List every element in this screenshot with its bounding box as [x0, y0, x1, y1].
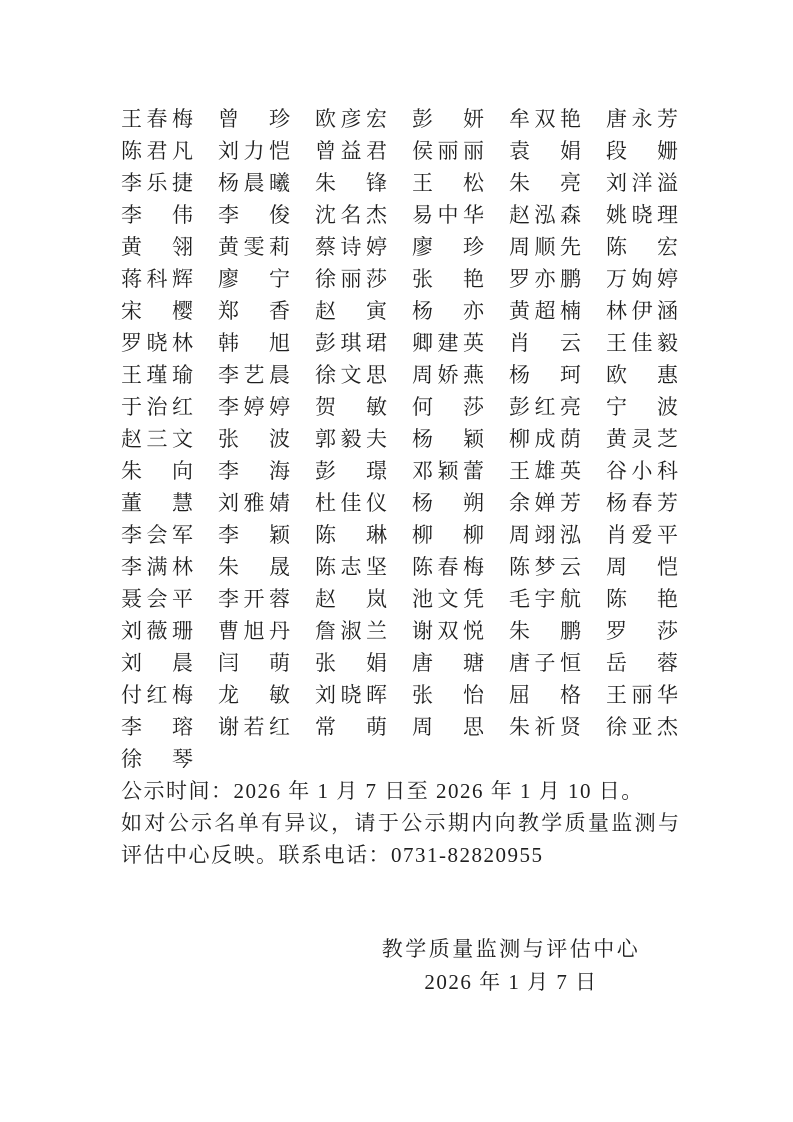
person-name: 朱晟 — [218, 551, 290, 583]
person-name: 易中华 — [412, 199, 484, 231]
person-name: 周顺先 — [509, 231, 581, 263]
person-name: 谢双悦 — [412, 615, 484, 647]
person-name: 郭毅夫 — [315, 423, 387, 455]
person-name: 李会军 — [121, 519, 193, 551]
person-name: 王瑾瑜 — [121, 359, 193, 391]
person-name: 杨春芳 — [606, 487, 678, 519]
person-name: 徐丽莎 — [315, 263, 387, 295]
notice-objection-line: 如对公示名单有异议，请于公示期内向教学质量监测与 — [121, 807, 679, 839]
person-name: 段姗 — [606, 135, 678, 167]
notice-contact-line: 评估中心反映。联系电话：0731-82820955 — [121, 839, 679, 871]
person-name: 谢若红 — [218, 711, 290, 743]
person-name: 彭红亮 — [509, 391, 581, 423]
person-name: 陈琳 — [315, 519, 387, 551]
person-name: 李满林 — [121, 551, 193, 583]
notice-publicity-period: 公示时间：2026 年 1 月 7 日至 2026 年 1 月 10 日。 — [121, 775, 679, 807]
person-name: 詹淑兰 — [315, 615, 387, 647]
document-page: 王春梅曾珍欧彦宏彭妍牟双艳唐永芳陈君凡刘力恺曾益君侯丽丽袁娟段姗李乐捷杨晨曦朱锋… — [0, 0, 793, 1122]
person-name: 罗晓林 — [121, 327, 193, 359]
person-name: 赵岚 — [315, 583, 387, 615]
person-name: 曹旭丹 — [218, 615, 290, 647]
person-name: 杨晨曦 — [218, 167, 290, 199]
person-name: 万姁婷 — [606, 263, 678, 295]
person-name: 刘力恺 — [218, 135, 290, 167]
person-name: 陈宏 — [606, 231, 678, 263]
person-name: 唐子恒 — [509, 647, 581, 679]
person-name: 郑香 — [218, 295, 290, 327]
person-name: 周恺 — [606, 551, 678, 583]
person-name: 柳柳 — [412, 519, 484, 551]
person-name: 常萌 — [315, 711, 387, 743]
person-name: 黄雯莉 — [218, 231, 290, 263]
person-name: 邓颖蕾 — [412, 455, 484, 487]
notice-paragraph: 公示时间：2026 年 1 月 7 日至 2026 年 1 月 10 日。 如对… — [121, 775, 679, 871]
person-name: 王雄英 — [509, 455, 581, 487]
person-name: 闫萌 — [218, 647, 290, 679]
person-name: 毛宇航 — [509, 583, 581, 615]
name-list: 王春梅曾珍欧彦宏彭妍牟双艳唐永芳陈君凡刘力恺曾益君侯丽丽袁娟段姗李乐捷杨晨曦朱锋… — [121, 103, 679, 775]
person-name: 杨亦 — [412, 295, 484, 327]
person-name: 蒋科辉 — [121, 263, 193, 295]
person-name: 王松 — [412, 167, 484, 199]
person-name: 李俊 — [218, 199, 290, 231]
person-name: 屈格 — [509, 679, 581, 711]
person-name: 龙敏 — [218, 679, 290, 711]
person-name: 朱祈贤 — [509, 711, 581, 743]
person-name: 张艳 — [412, 263, 484, 295]
person-name: 岳蓉 — [606, 647, 678, 679]
person-name: 张娟 — [315, 647, 387, 679]
person-name: 廖宁 — [218, 263, 290, 295]
person-name: 杨颖 — [412, 423, 484, 455]
person-name: 朱鹏 — [509, 615, 581, 647]
person-name: 欧惠 — [606, 359, 678, 391]
person-name: 彭妍 — [412, 103, 484, 135]
person-name: 池文凭 — [412, 583, 484, 615]
person-name: 李伟 — [121, 199, 193, 231]
person-name: 彭璟 — [315, 455, 387, 487]
person-name: 陈志坚 — [315, 551, 387, 583]
person-name: 黄翎 — [121, 231, 193, 263]
person-name: 刘洋溢 — [606, 167, 678, 199]
person-name: 彭琪珺 — [315, 327, 387, 359]
person-name: 杨朔 — [412, 487, 484, 519]
person-name: 李开蓉 — [218, 583, 290, 615]
person-name: 唐瑭 — [412, 647, 484, 679]
person-name: 刘薇珊 — [121, 615, 193, 647]
person-name: 李婷婷 — [218, 391, 290, 423]
person-name: 廖珍 — [412, 231, 484, 263]
person-name: 蔡诗婷 — [315, 231, 387, 263]
person-name: 罗亦鹏 — [509, 263, 581, 295]
person-name: 刘晓晖 — [315, 679, 387, 711]
person-name: 李颖 — [218, 519, 290, 551]
person-name: 杨珂 — [509, 359, 581, 391]
person-name: 朱向 — [121, 455, 193, 487]
person-name: 赵寅 — [315, 295, 387, 327]
person-name: 赵泓森 — [509, 199, 581, 231]
person-name: 罗莎 — [606, 615, 678, 647]
person-name: 沈名杰 — [315, 199, 387, 231]
person-name: 王春梅 — [121, 103, 193, 135]
person-name: 姚晓理 — [606, 199, 678, 231]
person-name: 欧彦宏 — [315, 103, 387, 135]
person-name: 唐永芳 — [606, 103, 678, 135]
person-name: 宁波 — [606, 391, 678, 423]
person-name: 朱亮 — [509, 167, 581, 199]
person-name: 柳成荫 — [509, 423, 581, 455]
person-name: 黄超楠 — [509, 295, 581, 327]
signature-date: 2026 年 1 月 7 日 — [351, 966, 671, 998]
person-name: 王佳毅 — [606, 327, 678, 359]
person-name: 肖云 — [509, 327, 581, 359]
person-name: 侯丽丽 — [412, 135, 484, 167]
person-name: 张怡 — [412, 679, 484, 711]
person-name: 黄灵芝 — [606, 423, 678, 455]
person-name: 陈梦云 — [509, 551, 581, 583]
person-name: 何莎 — [412, 391, 484, 423]
person-name: 朱锋 — [315, 167, 387, 199]
person-name: 周翊泓 — [509, 519, 581, 551]
person-name: 徐琴 — [121, 743, 193, 775]
person-name: 肖爱平 — [606, 519, 678, 551]
person-name: 于治红 — [121, 391, 193, 423]
person-name: 贺敏 — [315, 391, 387, 423]
person-name: 曾益君 — [315, 135, 387, 167]
person-name: 李艺晨 — [218, 359, 290, 391]
person-name: 李海 — [218, 455, 290, 487]
person-name: 董慧 — [121, 487, 193, 519]
person-name: 李瑢 — [121, 711, 193, 743]
person-name: 聂会平 — [121, 583, 193, 615]
person-name: 王丽华 — [606, 679, 678, 711]
signature-organization: 教学质量监测与评估中心 — [351, 933, 671, 965]
person-name: 韩旭 — [218, 327, 290, 359]
person-name: 李乐捷 — [121, 167, 193, 199]
person-name: 牟双艳 — [509, 103, 581, 135]
person-name: 卿建英 — [412, 327, 484, 359]
person-name: 徐文思 — [315, 359, 387, 391]
person-name: 林伊涵 — [606, 295, 678, 327]
person-name: 谷小科 — [606, 455, 678, 487]
person-name: 付红梅 — [121, 679, 193, 711]
person-name: 宋樱 — [121, 295, 193, 327]
person-name: 陈春梅 — [412, 551, 484, 583]
person-name: 杜佳仪 — [315, 487, 387, 519]
person-name: 张波 — [218, 423, 290, 455]
person-name: 周娇燕 — [412, 359, 484, 391]
person-name: 刘晨 — [121, 647, 193, 679]
person-name: 陈君凡 — [121, 135, 193, 167]
person-name: 周思 — [412, 711, 484, 743]
person-name: 刘雅婧 — [218, 487, 290, 519]
person-name: 余婵芳 — [509, 487, 581, 519]
person-name: 陈艳 — [606, 583, 678, 615]
person-name: 徐亚杰 — [606, 711, 678, 743]
person-name: 袁娟 — [509, 135, 581, 167]
person-name: 曾珍 — [218, 103, 290, 135]
person-name: 赵三文 — [121, 423, 193, 455]
